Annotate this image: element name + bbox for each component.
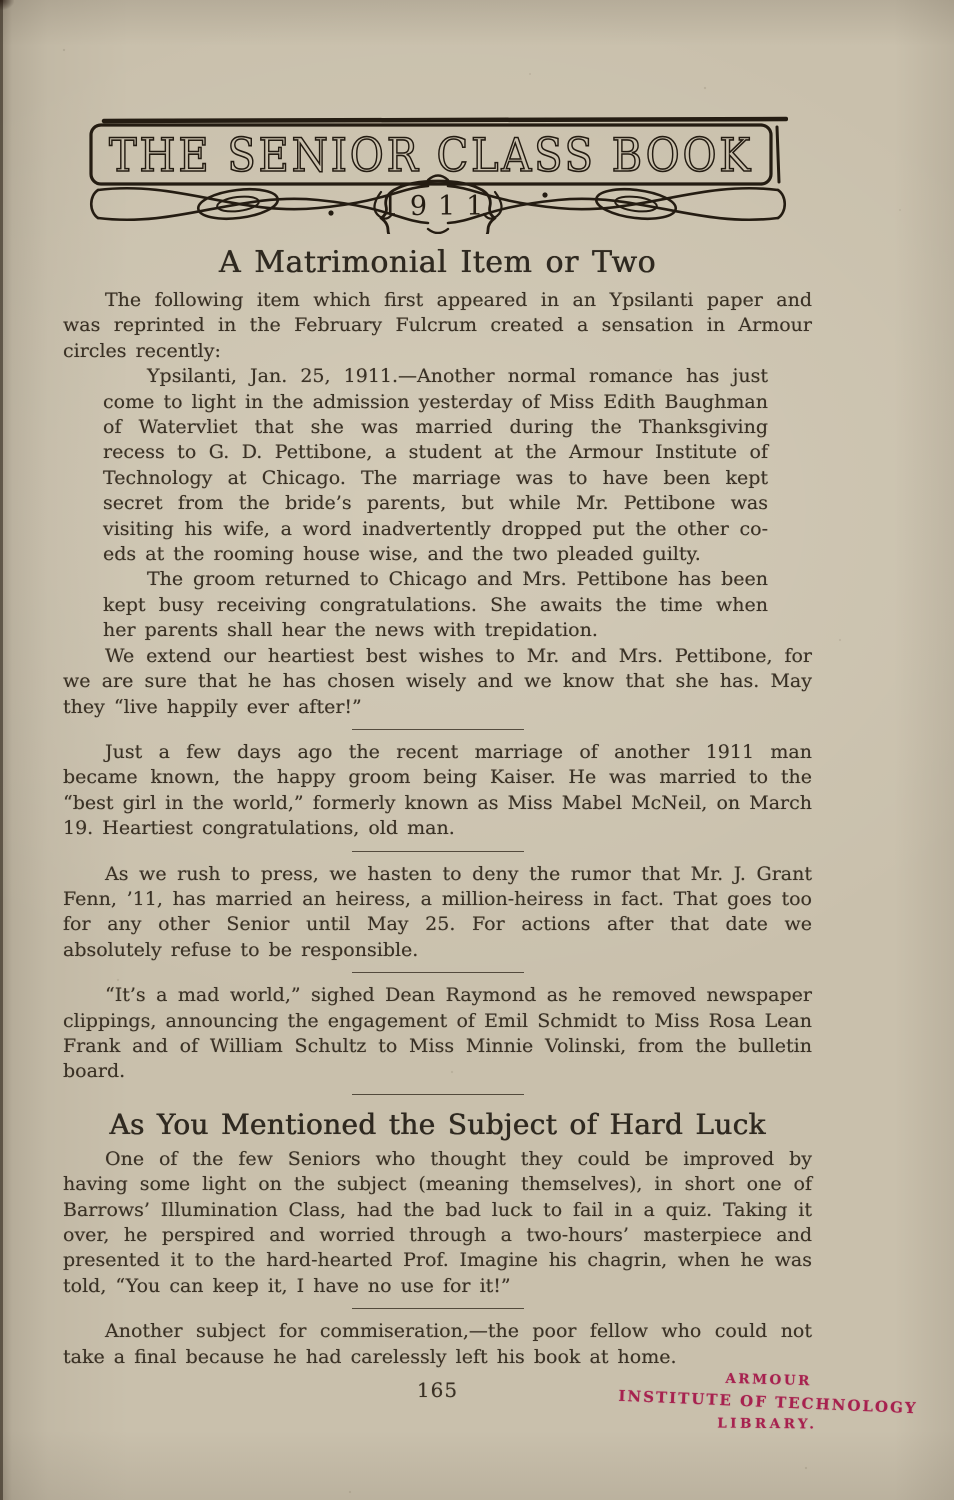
section-title-hard-luck: As You Mentioned the Subject of Hard Luc… (63, 1109, 812, 1141)
banner-title: THE SENIOR CLASS BOOK (109, 128, 753, 182)
paragraph-commiseration: Another subject for commiseration,—the p… (63, 1319, 812, 1370)
paragraph-hardluck: One of the few Seniors who thought they … (63, 1147, 812, 1299)
scanned-yearbook-page: THE SENIOR CLASS BOOK 1911 (0, 0, 954, 1500)
newspaper-quote-block: Ypsilanti, Jan. 25, 1911.—Another normal… (103, 364, 768, 643)
article-body: A Matrimonial Item or Two The following … (63, 246, 812, 1403)
section-divider (352, 851, 524, 852)
section-divider (352, 1094, 524, 1095)
senior-class-book-banner: THE SENIOR CLASS BOOK 1911 (88, 116, 788, 234)
stamp-line: LIBRARY. (584, 1414, 950, 1434)
scan-corner-shadow (0, 0, 14, 10)
paragraph-wishes: We extend our heartiest best wishes to M… (63, 644, 812, 720)
quote-paragraph: Ypsilanti, Jan. 25, 1911.—Another normal… (103, 364, 768, 567)
quote-paragraph: The groom returned to Chicago and Mrs. P… (103, 567, 768, 643)
section-divider (352, 972, 524, 973)
banner-year: 1911 (382, 191, 495, 222)
paragraph-intro: The following item which first appeared … (63, 288, 812, 364)
paragraph-fenn: As we rush to press, we hasten to deny t… (63, 862, 812, 964)
paragraph-kaiser: Just a few days ago the recent marriage … (63, 740, 812, 842)
section-divider (352, 729, 524, 730)
banner-ornament-graphic: THE SENIOR CLASS BOOK 1911 (88, 116, 788, 234)
paragraph-madworld: “It’s a mad world,” sighed Dean Raymond … (63, 983, 812, 1085)
article-title: A Matrimonial Item or Two (63, 246, 812, 280)
scan-edge-shadow (0, 0, 3, 1500)
library-stamp: ARMOUR INSTITUTE OF TECHNOLOGY LIBRARY. (584, 1367, 952, 1437)
section-divider (352, 1308, 524, 1309)
